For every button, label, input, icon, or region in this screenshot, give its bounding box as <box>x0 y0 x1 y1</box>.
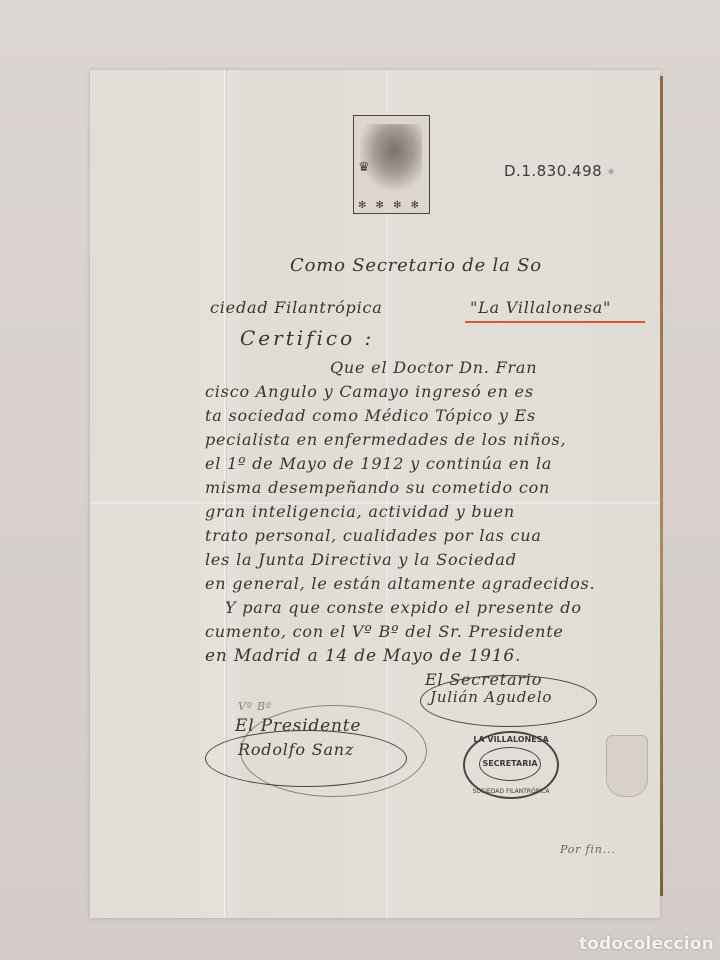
body-line: pecialista en enfermedades de los niños, <box>205 430 566 449</box>
body-line: Que el Doctor Dn. Fran <box>330 358 537 377</box>
body-line: Como Secretario de la So <box>290 255 542 276</box>
secretary-signature: Julián Agudelo <box>430 688 552 706</box>
body-line: cumento, con el Vº Bº del Sr. Presidente <box>205 622 564 641</box>
society-name: "La Villalonesa" <box>470 298 611 317</box>
seal-center-text: SECRETARIA <box>479 747 541 781</box>
engraved-stamp: ♛ ✻ ✻ ✻ ✻ <box>353 115 430 214</box>
serial-number: D.1.830.498✶ <box>504 162 617 180</box>
body-line: ta sociedad como Médico Tópico y Es <box>205 406 536 425</box>
body-line: gran inteligencia, actividad y buen <box>205 502 515 521</box>
ornament-border: ✻ ✻ ✻ ✻ <box>358 200 422 211</box>
seal-top-text: LA VILLALONESA <box>465 735 557 744</box>
red-underline <box>465 321 645 323</box>
approval-mark: Vº Bº <box>238 700 272 713</box>
watermark: todocoleccion <box>579 934 714 954</box>
president-signature: Rodolfo Sanz <box>238 740 354 759</box>
margin-note: Por fin... <box>560 843 616 856</box>
date-line: en Madrid a 14 de Mayo de 1916. <box>205 646 521 666</box>
certificate-paper: ♛ ✻ ✻ ✻ ✻ D.1.830.498✶ Como Secretario d… <box>90 70 660 918</box>
certifico-heading: Certifico : <box>240 326 374 350</box>
star-icon: ✶ <box>606 165 617 179</box>
seal-bottom-text: SOCIEDAD FILANTRÓPICA <box>465 788 557 795</box>
body-line: Y para que conste expido el presente do <box>225 598 582 617</box>
crown-icon: ♛ <box>358 160 370 175</box>
body-line: trato personal, cualidades por las cua <box>205 526 542 545</box>
embossed-shield-icon <box>606 735 648 797</box>
body-line: ciedad Filantrópica <box>210 298 383 317</box>
society-seal: LA VILLALONESA SECRETARIA SOCIEDAD FILAN… <box>463 731 559 799</box>
allegorical-figure-icon <box>360 124 422 190</box>
body-line: cisco Angulo y Camayo ingresó en es <box>205 382 534 401</box>
body-line: les la Junta Directiva y la Sociedad <box>205 550 517 569</box>
serial-value: D.1.830.498 <box>504 162 602 180</box>
body-line: el 1º de Mayo de 1912 y continúa en la <box>205 454 552 473</box>
body-line: misma desempeñando su cometido con <box>205 478 550 497</box>
body-line: en general, le están altamente agradecid… <box>205 574 595 593</box>
